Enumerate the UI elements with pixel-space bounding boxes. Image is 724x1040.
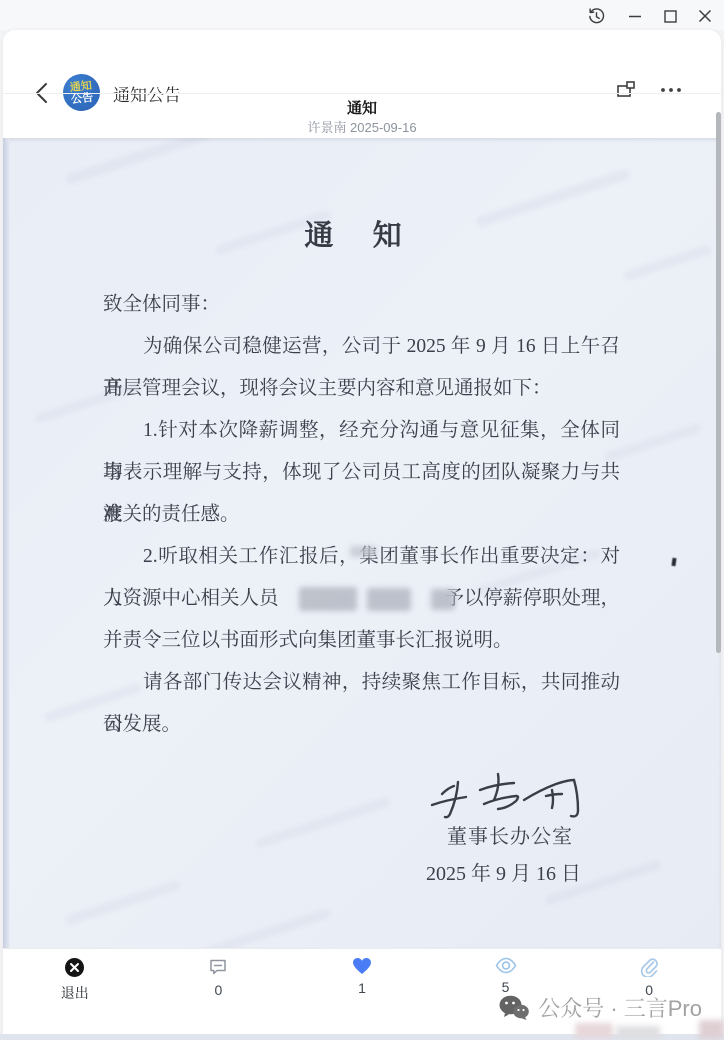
blur-artifact <box>575 1023 613 1038</box>
header-divider <box>3 93 721 94</box>
comment-icon <box>208 957 228 977</box>
blur-artifact <box>699 1020 724 1039</box>
signature-office: 董事长办公室 <box>447 820 573 849</box>
exit-label: 退出 <box>61 983 89 1003</box>
doc-line: 高层管理会议，现将会议主要内容和意见通报如下： <box>103 368 620 410</box>
history-icon[interactable] <box>585 5 607 27</box>
doc-line: 致全体同事： <box>103 284 620 326</box>
doc-line: 均表示理解与支持，体现了公司员工高度的团队凝聚力与共渡 <box>103 452 620 494</box>
like-count: 1 <box>358 980 366 996</box>
doc-line-redacted: 力资源中心相关人员 予以停薪停职处理， <box>103 578 620 620</box>
blur-artifact <box>616 1026 660 1038</box>
comment-count: 0 <box>214 982 222 998</box>
doc-line: 并责令三位以书面形式向集团董事长汇报说明。 <box>103 620 620 662</box>
watermark-text: 公众号 · 三言Pro <box>538 992 702 1023</box>
blur-artifact <box>350 546 376 557</box>
paperclip-icon <box>640 957 658 977</box>
like-button[interactable]: 1 <box>290 949 434 996</box>
close-icon[interactable] <box>694 5 716 27</box>
scan-edge <box>3 138 10 948</box>
handwritten-signature <box>428 760 613 822</box>
heart-icon <box>352 957 372 975</box>
exit-icon <box>64 957 85 978</box>
exit-button[interactable]: 退出 <box>3 949 147 1003</box>
redacted-names-blur <box>285 584 439 614</box>
comment-button[interactable]: 0 <box>147 949 291 998</box>
redacted-line-after: 予以停薪停职处理， <box>444 578 620 620</box>
doc-line: 为确保公司稳健运营，公司于 2025 年 9 月 16 日上午召开 <box>103 326 620 368</box>
eye-icon <box>495 957 517 974</box>
notice-author-date: 许景南 2025-09-16 <box>0 117 724 136</box>
window-titlebar <box>0 0 724 30</box>
publisher-watermark: 公众号 · 三言Pro <box>499 992 702 1023</box>
wechat-icon <box>499 995 529 1021</box>
scrollbar-thumb[interactable] <box>716 112 721 653</box>
minimize-icon[interactable] <box>624 5 646 27</box>
redacted-line-before: 力资源中心相关人员 <box>103 578 279 620</box>
view-button[interactable]: 5 <box>434 949 578 995</box>
app-header: 通知 公告 通知公告 <box>3 30 721 94</box>
notice-title: 通知 <box>0 97 724 118</box>
signature-date: 2025 年 9 月 16 日 <box>426 857 581 886</box>
doc-line: 1.针对本次降薪调整，经充分沟通与意见征集，全体同事 <box>103 410 620 452</box>
doc-line: 请各部门传达会议精神，持续聚焦工作目标，共同推动公 <box>103 662 620 704</box>
attachment-button[interactable]: 0 <box>577 949 721 998</box>
doc-line: 难关的责任感。 <box>103 494 620 536</box>
document-title: 通 知 <box>103 213 619 254</box>
document-body: 致全体同事： 为确保公司稳健运营，公司于 2025 年 9 月 16 日上午召开… <box>103 284 620 746</box>
doc-line: 司发展。 <box>103 704 620 746</box>
maximize-icon[interactable] <box>659 5 681 27</box>
app-window: 通知 公告 通知公告 通知 许景南 2025-09-16 通 <box>0 0 724 1040</box>
doc-line: 2.听取相关工作汇报后，集团董事长作出重要决定：对人 <box>103 536 620 578</box>
